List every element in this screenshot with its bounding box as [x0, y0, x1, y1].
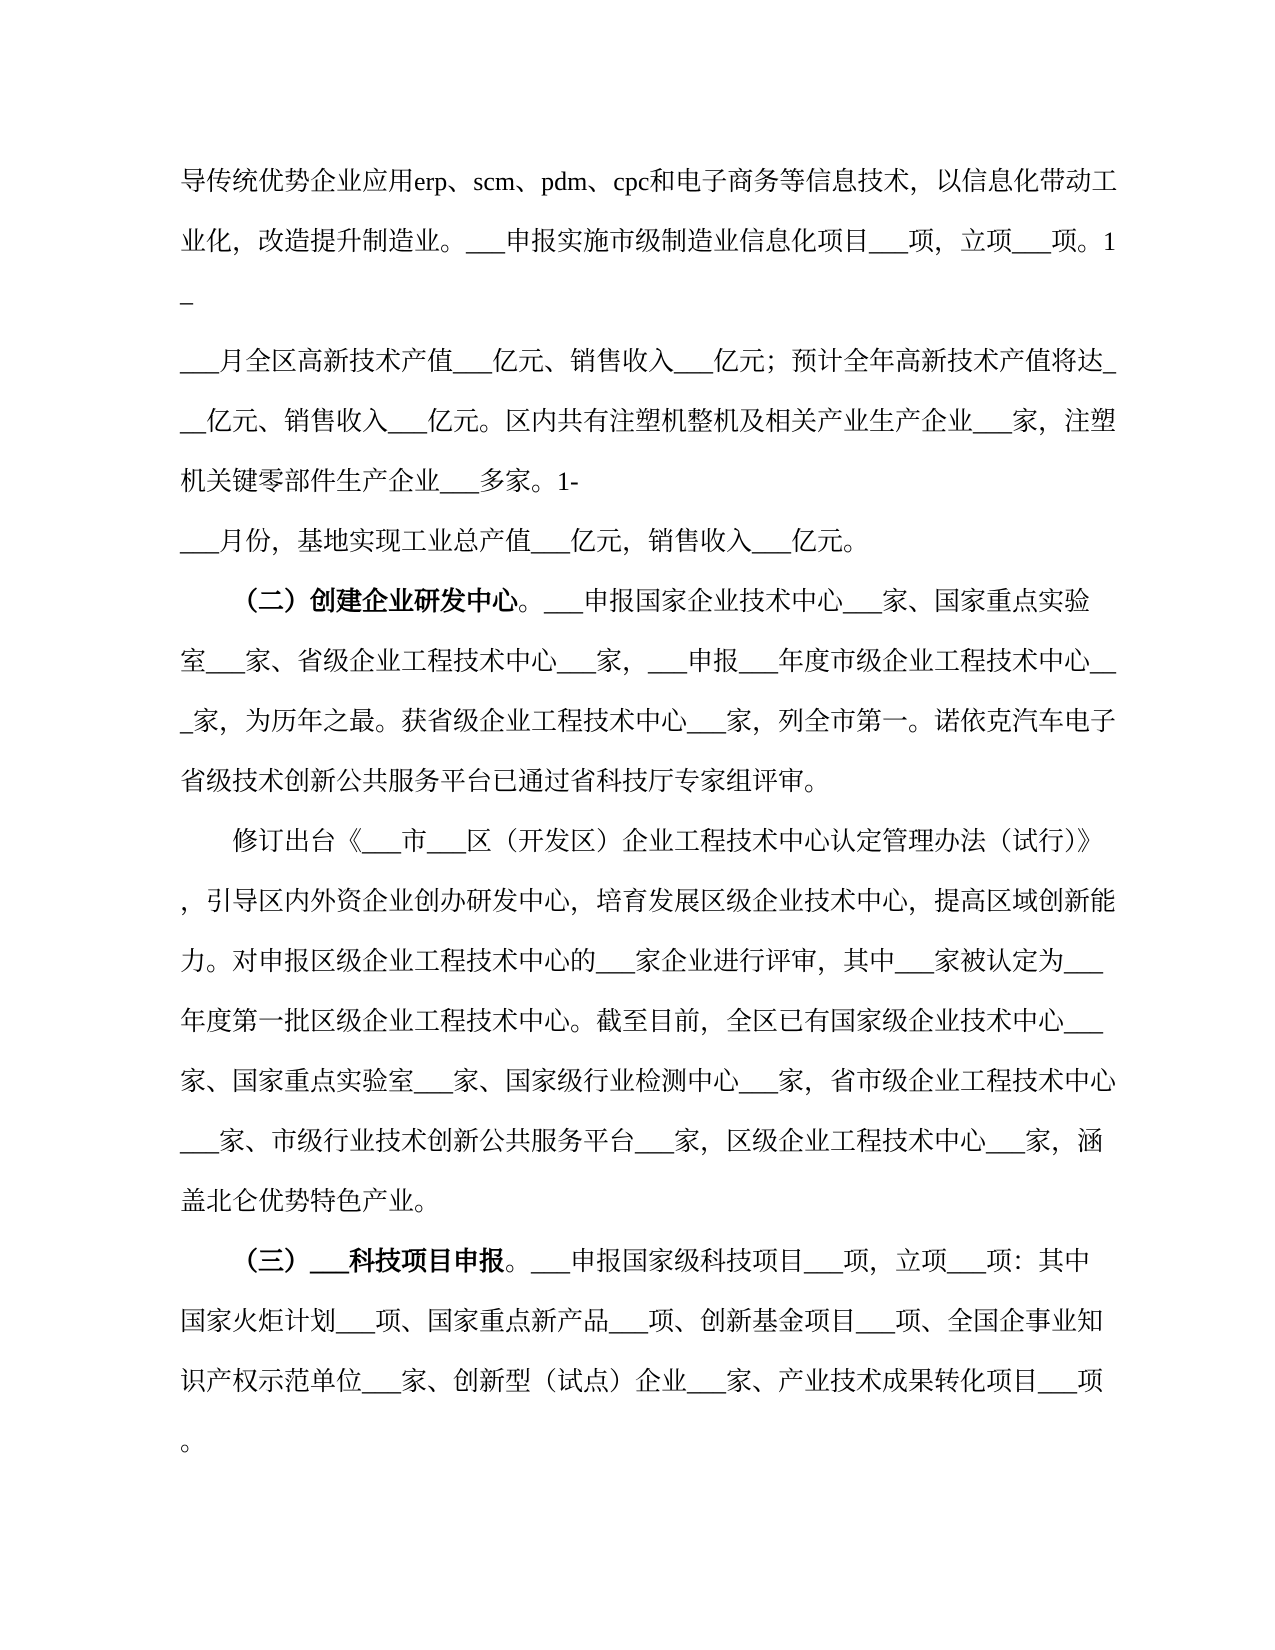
text-line: 力。对申报区级企业工程技术中心的___家企业进行评审，其中___家被认定为___ [180, 932, 1195, 992]
text-segment: 机关键零部件生产企业___多家。1- [180, 467, 579, 496]
text-segment: 力。对申报区级企业工程技术中心的___家企业进行评审，其中___家被认定为___ [180, 947, 1103, 976]
bold-heading-segment: （二）创建企业研发中心 [232, 587, 518, 616]
text-line: 国家火炬计划___项、国家重点新产品___项、创新基金项目___项、全国企事业知 [180, 1292, 1195, 1352]
text-segment: 导传统优势企业应用erp、scm、pdm、cpc和电子商务等信息技术，以信息化带… [180, 167, 1117, 196]
text-line: ，引导区内外资企业创办研发中心，培育发展区级企业技术中心，提高区域创新能 [180, 872, 1195, 932]
text-segment: 盖北仑优势特色产业。 [180, 1187, 440, 1216]
text-line: 机关键零部件生产企业___多家。1- [180, 452, 1195, 512]
text-line: 识产权示范单位___家、创新型（试点）企业___家、产业技术成果转化项目___项 [180, 1352, 1195, 1412]
text-segment: 室___家、省级企业工程技术中心___家，___申报___年度市级企业工程技术中… [180, 647, 1116, 676]
text-line: ___月全区高新技术产值___亿元、销售收入___亿元；预计全年高新技术产值将达… [180, 332, 1195, 392]
text-segment: 。___申报国家级科技项目___项，立项___项：其中 [505, 1247, 1090, 1276]
text-line: 室___家、省级企业工程技术中心___家，___申报___年度市级企业工程技术中… [180, 632, 1195, 692]
text-line: 省级技术创新公共服务平台已通过省科技厅专家组评审。 [180, 752, 1195, 812]
text-line: 导传统优势企业应用erp、scm、pdm、cpc和电子商务等信息技术，以信息化带… [180, 152, 1195, 212]
document-page: 导传统优势企业应用erp、scm、pdm、cpc和电子商务等信息技术，以信息化带… [0, 0, 1275, 1650]
text-segment: 国家火炬计划___项、国家重点新产品___项、创新基金项目___项、全国企事业知 [180, 1307, 1103, 1336]
text-segment: 。 [180, 1427, 206, 1456]
text-segment: 省级技术创新公共服务平台已通过省科技厅专家组评审。 [180, 767, 830, 796]
text-segment: 修订出台《___市___区（开发区）企业工程技术中心认定管理办法（试行）》 [232, 827, 1103, 856]
text-line: – [180, 272, 1195, 332]
text-line: 年度第一批区级企业工程技术中心。截至目前，全区已有国家级企业技术中心___ [180, 992, 1195, 1052]
text-segment: ___家、市级行业技术创新公共服务平台___家，区级企业工程技术中心___家，涵 [180, 1127, 1103, 1156]
text-line: __亿元、销售收入___亿元。区内共有注塑机整机及相关产业生产企业___家，注塑 [180, 392, 1195, 452]
text-segment: 识产权示范单位___家、创新型（试点）企业___家、产业技术成果转化项目___项 [180, 1367, 1103, 1396]
text-segment: _家，为历年之最。获省级企业工程技术中心___家，列全市第一。诺依克汽车电子 [180, 707, 1116, 736]
text-segment: 业化，改造提升制造业。___申报实施市级制造业信息化项目___项，立项___项。… [180, 227, 1116, 256]
text-line: 盖北仑优势特色产业。 [180, 1172, 1195, 1232]
text-segment: ___月份，基地实现工业总产值___亿元，销售收入___亿元。 [180, 527, 869, 556]
text-segment: 年度第一批区级企业工程技术中心。截至目前，全区已有国家级企业技术中心___ [180, 1007, 1103, 1036]
text-segment: 家、国家重点实验室___家、国家级行业检测中心___家，省市级企业工程技术中心 [180, 1067, 1116, 1096]
text-line: _家，为历年之最。获省级企业工程技术中心___家，列全市第一。诺依克汽车电子 [180, 692, 1195, 752]
text-segment: ___月全区高新技术产值___亿元、销售收入___亿元；预计全年高新技术产值将达… [180, 347, 1116, 376]
text-segment: 。___申报国家企业技术中心___家、国家重点实验 [518, 587, 1090, 616]
text-segment: __亿元、销售收入___亿元。区内共有注塑机整机及相关产业生产企业___家，注塑 [180, 407, 1116, 436]
bold-heading-segment: （三）___科技项目申报 [232, 1247, 505, 1276]
text-line: ___月份，基地实现工业总产值___亿元，销售收入___亿元。 [180, 512, 1195, 572]
text-line: 家、国家重点实验室___家、国家级行业检测中心___家，省市级企业工程技术中心 [180, 1052, 1195, 1112]
text-segment: – [180, 287, 193, 316]
text-segment: ，引导区内外资企业创办研发中心，培育发展区级企业技术中心，提高区域创新能 [180, 887, 1116, 916]
text-line: 。 [180, 1412, 1195, 1472]
text-line: 业化，改造提升制造业。___申报实施市级制造业信息化项目___项，立项___项。… [180, 212, 1195, 272]
text-line: （二）创建企业研发中心。___申报国家企业技术中心___家、国家重点实验 [180, 572, 1195, 632]
text-line: 修订出台《___市___区（开发区）企业工程技术中心认定管理办法（试行）》 [180, 812, 1195, 872]
document-body: 导传统优势企业应用erp、scm、pdm、cpc和电子商务等信息技术，以信息化带… [0, 0, 1275, 1472]
text-line: ___家、市级行业技术创新公共服务平台___家，区级企业工程技术中心___家，涵 [180, 1112, 1195, 1172]
text-line: （三）___科技项目申报。___申报国家级科技项目___项，立项___项：其中 [180, 1232, 1195, 1292]
